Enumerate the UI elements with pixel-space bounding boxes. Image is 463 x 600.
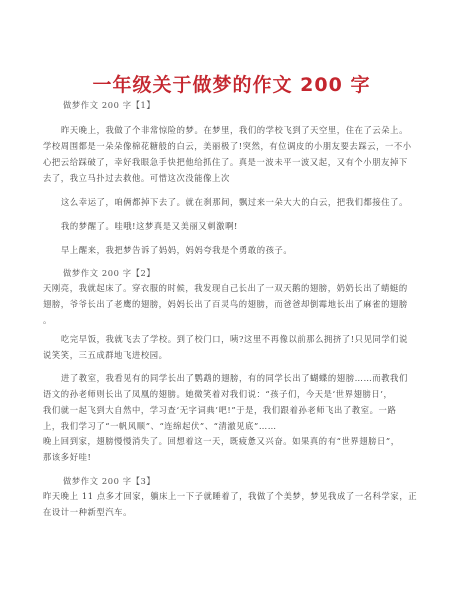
paragraph-line: 我的梦醒了。哇哦!这梦真是又美丽又刺激啊! (61, 221, 423, 232)
paragraph-line: 吃完早饭，我就飞去了学校。到了校门口，咦?这里不再像以前那么拥挤了!只见同学们说 (61, 334, 423, 345)
paragraph-line: 在设计一种新型汽车。 (43, 507, 423, 518)
section-heading: 做梦作文 200 字【2】 (63, 268, 443, 279)
paragraph-line: 去了，我立马扑过去救他。可惜这次没能像上次 (43, 173, 423, 184)
paragraph-line: 心把云给踩破了，幸好我眼急手快把他给抓住了。真是一波未平一波又起，又有个小朋友掉… (43, 157, 423, 168)
paragraph-line: 昨天晚上，我做了个非常惊险的梦。在梦里，我们的学校飞到了天空里，住在了云朵上。 (61, 125, 423, 136)
paragraph-line: 上，我们学习了“一帆风顺”、“连绵起伏”、“清澈见底”…… (43, 421, 423, 432)
paragraph-line: 天刚亮，我就起床了。穿衣服的时候，我发现自己长出了一双天鹅的翅膀，奶奶长出了蜻蜓… (43, 283, 423, 294)
paragraph-line: 。 (43, 315, 423, 326)
document-title: 一年级关于做梦的作文 200 字 (0, 70, 463, 97)
section-heading: 做梦作文 200 字【1】 (63, 100, 443, 111)
paragraph-line: 进了教室，我看见有的同学长出了鹦鹉的翅膀，有的同学长出了蝴蝶的翅膀……而教我们 (61, 373, 423, 384)
paragraph-line: 昨天晚上 11 点多才回家，躺床上一下子就睡着了，我做了个美梦，梦见我成了一名科… (43, 491, 423, 502)
paragraph-line: 学校周围都是一朵朵像棉花糖般的白云，美丽极了!突然，有位调皮的小朋友要去踩云，一… (43, 141, 423, 152)
paragraph-line: 说笑笑，三五成群地飞进校园。 (43, 350, 423, 361)
paragraph-line: 早上醒来，我把梦告诉了妈妈，妈妈夸我是个勇敢的孩子。 (61, 245, 423, 256)
paragraph-line: 我们就一起飞到大自然中，学习查‘无字词典’吧!”于是，我们跟着孙老师飞出了教室。… (43, 405, 423, 416)
paragraph-line: 晚上回到家，翅膀慢慢消失了。回想着这一天，既疲惫又兴奋。如果真的有“世界翅膀日”… (43, 436, 423, 447)
paragraph-line: 翅膀，爷爷长出了老鹰的翅膀，妈妈长出了百灵鸟的翅膀，而爸爸却倒霉地长出了麻雀的翅… (43, 299, 423, 310)
section-heading: 做梦作文 200 字【3】 (63, 476, 443, 487)
paragraph-line: 语文的孙老师则长出了凤凰的翅膀。她微笑着对我们说：“孩子们，今天是‘世界翅膀日’… (43, 389, 423, 400)
paragraph-line: 那该多好哇! (43, 452, 423, 463)
paragraph-line: 这么幸运了，咱俩都掉下去了。就在刹那间，飘过来一朵大大的白云，把我们都接住了。 (61, 197, 423, 208)
